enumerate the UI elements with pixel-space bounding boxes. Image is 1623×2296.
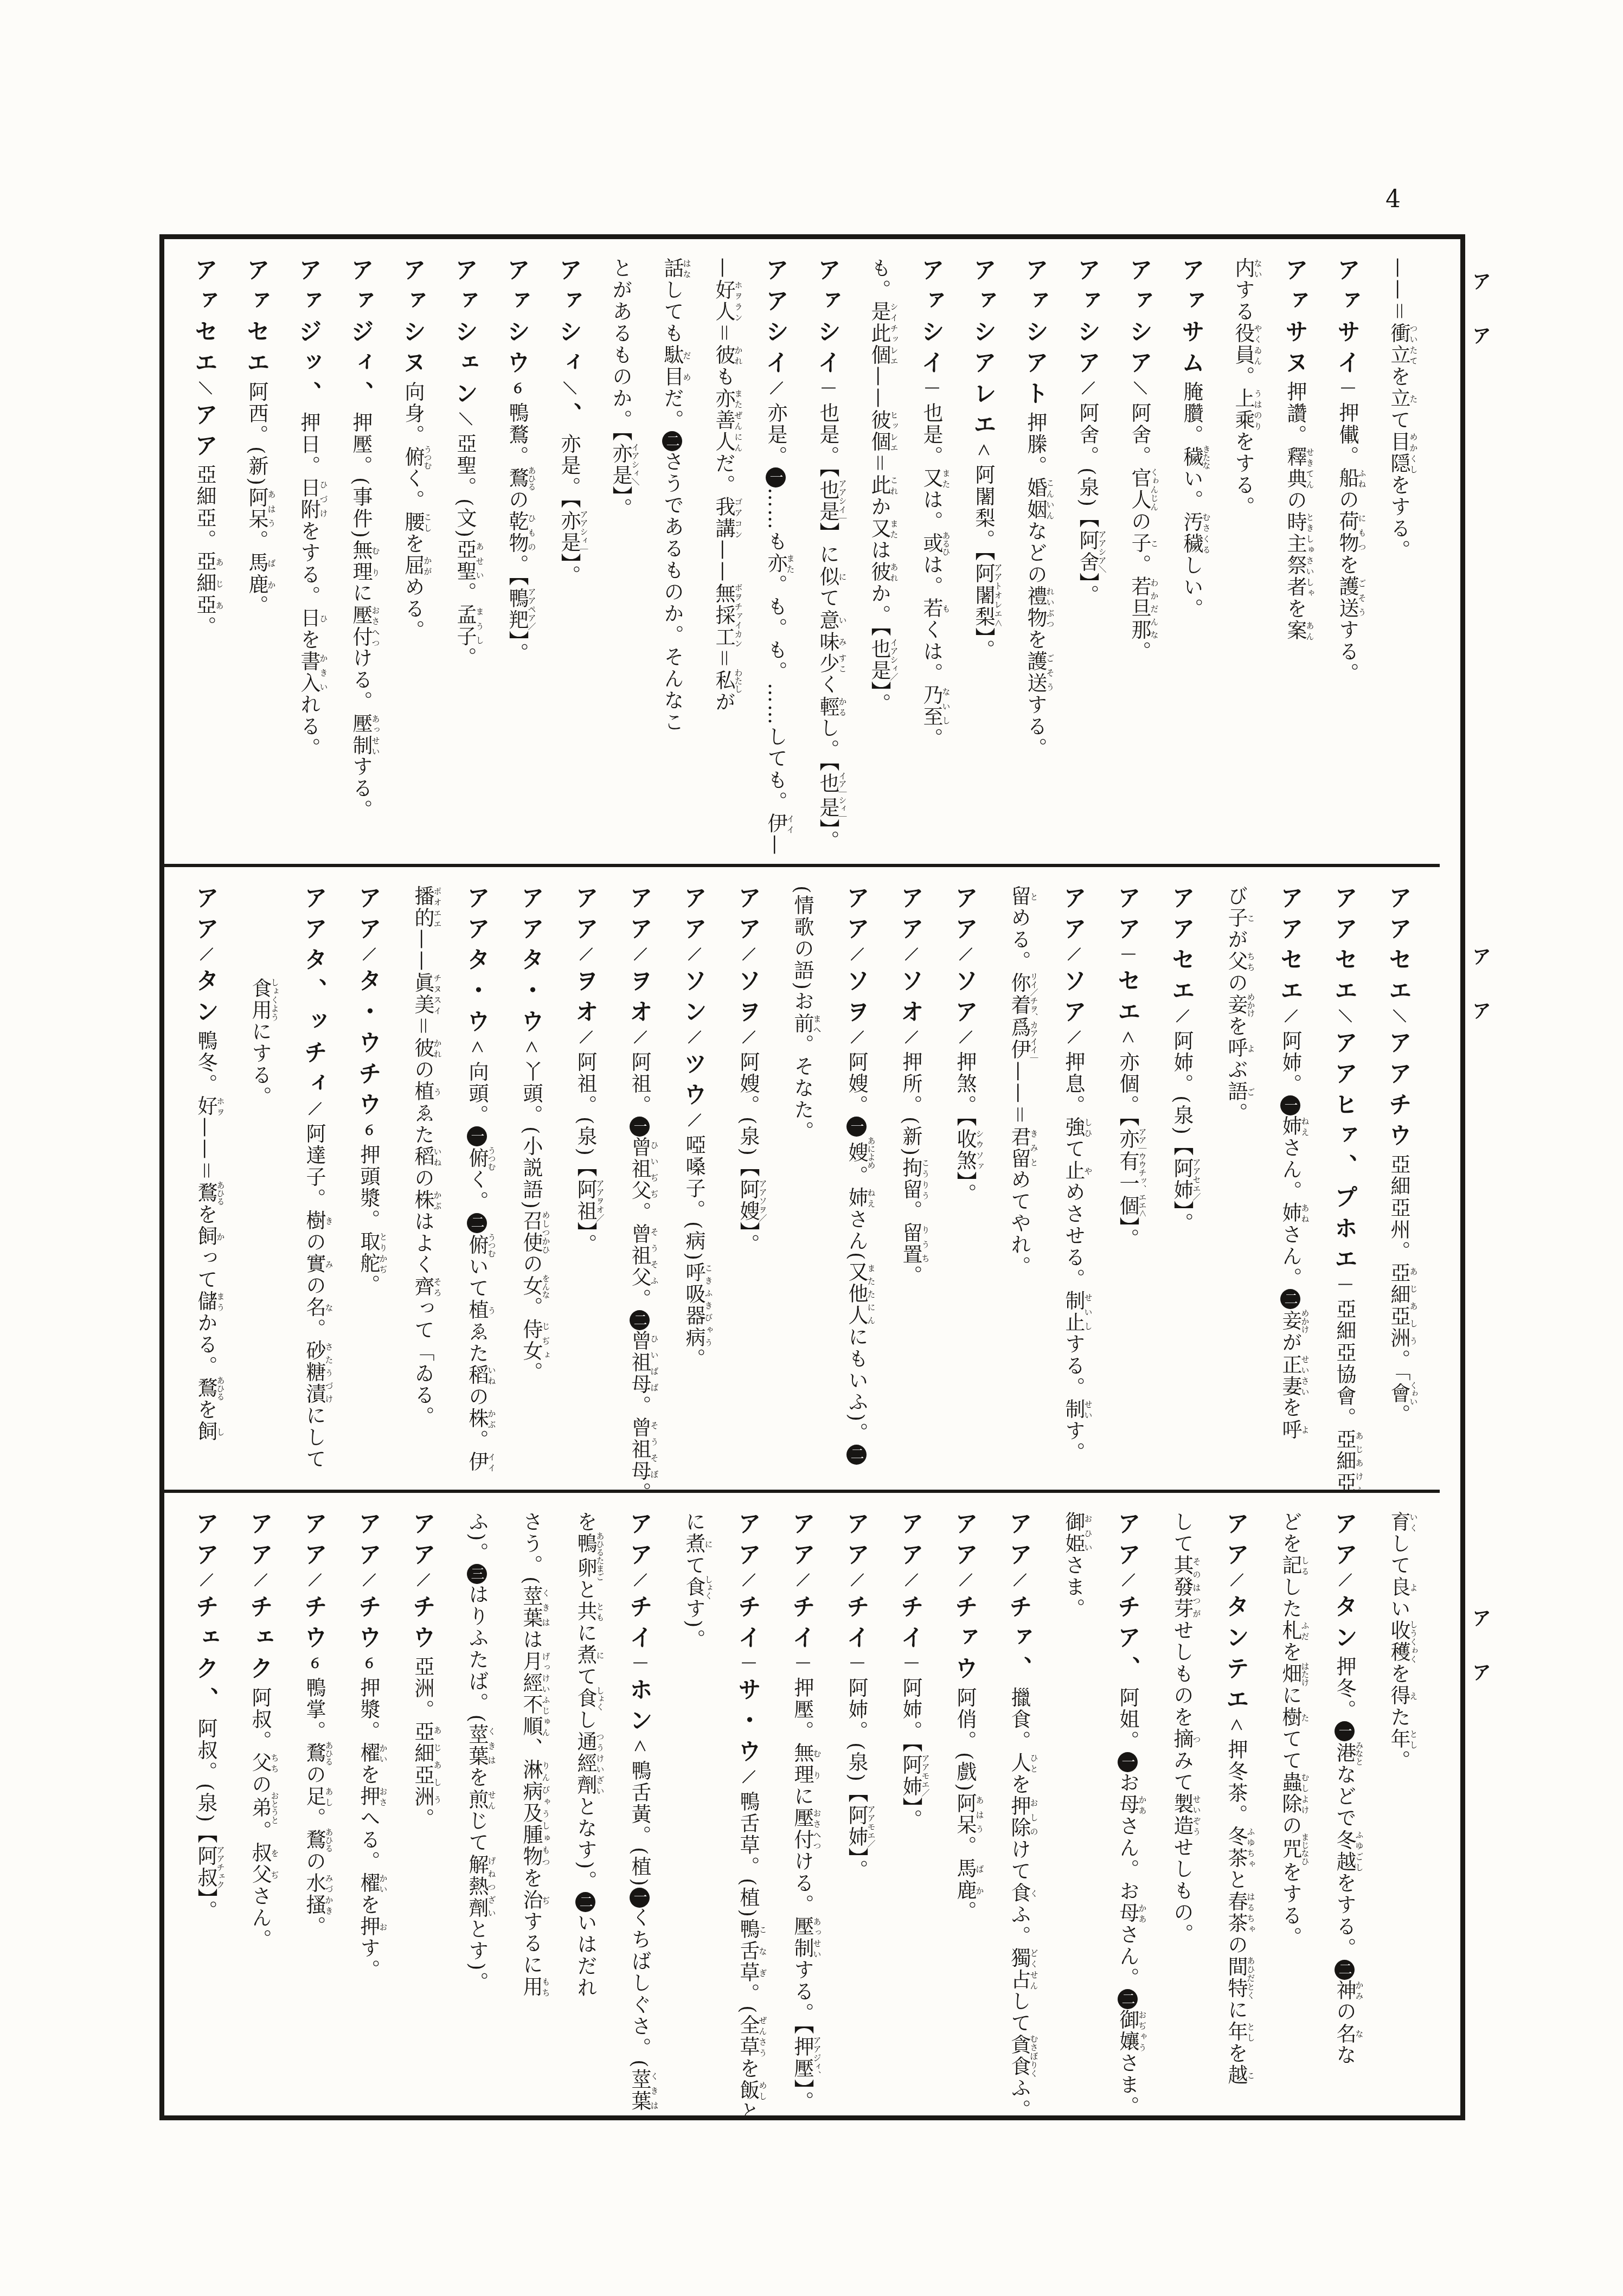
- headword: アア／チェク、: [192, 1511, 219, 1718]
- band-1: ——＝衝立ついたてを立たて目隠めかくしをする。アァサイ｜押儎。船ふねの荷物にもつ…: [164, 239, 1439, 864]
- tone-mark: ／: [252, 1573, 268, 1594]
- tone-mark: ／: [198, 1573, 214, 1594]
- entry-column: アア／ソヲ／阿嫂。一嫂あによめ。姉ねえさん(又他人またたにんにもいふ)。二: [829, 886, 883, 1474]
- definition: 丫頭。(小説語)召使めしつかひの女をんな。侍女じぢょ。: [519, 1061, 543, 1384]
- definition: —好人ホヲラン＝彼かれも亦善人またぜんにんだ。我講ゴアコン——無採工ボヲチァイカ…: [712, 258, 735, 713]
- entry-column: アア／チウ亞洲。亞細亞洲あじあしう。: [395, 1511, 450, 2100]
- dictionary-page: 4 ——＝衝立ついたてを立たて目隠めかくしをする。アァサイ｜押儎。船ふねの荷物に…: [0, 0, 1623, 2296]
- definition: 阿嫂。(泉)【阿嫂アアソヲ／】。: [736, 1051, 760, 1255]
- entry-column: アア／チイ｜阿姉。【阿姉アアモエ／】。: [883, 1511, 938, 2100]
- ruby-term: 也是イアシィ／: [868, 638, 891, 682]
- tone-mark: ＜: [632, 1739, 647, 1760]
- circled-number: 一: [630, 1117, 650, 1137]
- definition: 阿西。(新)阿呆あはう。馬鹿ばか。: [245, 381, 268, 617]
- tone-mark: ｜: [740, 1656, 756, 1677]
- ruby-term: 解熱劑げねつざい: [465, 1854, 489, 1919]
- definition: 亞細亞。亞細亞あじあ。: [193, 464, 216, 638]
- circled-number: 三: [467, 1564, 487, 1584]
- headword: アァシア＼: [1126, 258, 1153, 402]
- entry-column: アア／ソア／押煞。【收煞シウソァ】。: [938, 886, 992, 1474]
- continuation-column: 内ないする役員やくゐん。上乘うはのりをする。: [1217, 258, 1269, 849]
- tone-mark: ｜: [1339, 381, 1355, 402]
- tone-mark: ／: [578, 947, 593, 969]
- entry-column: アァセエ＼アア亞細亞。亞細亞あじあ。: [178, 258, 230, 849]
- headword: アァシイ｜: [814, 258, 841, 402]
- ruby-term: 似に: [816, 566, 839, 588]
- entry-column: アァシィ＼、亦是。【亦是アアシィ｜】。: [543, 258, 595, 849]
- entry-column: アア／ヲオ／阿祖。(泉)【阿祖アアヲオ／】。: [558, 886, 612, 1474]
- ruby-term: 伊イイ: [465, 1451, 489, 1473]
- ruby-term: 蟲除むしよけ: [1279, 1772, 1302, 1815]
- ruby-term: 治ぢ: [519, 1889, 543, 1911]
- ruby-term: 彼かれ: [712, 344, 735, 366]
- tone-mark: ＜: [469, 1040, 485, 1061]
- tone-mark: ｜: [903, 1656, 919, 1677]
- entry-column: アァシイ｜也是。又または。或あるひは。若もくは。乃至ないし。: [905, 258, 957, 849]
- ruby-term: 少すこ: [816, 653, 839, 675]
- ruby-term: 鶩あひる: [194, 1377, 217, 1399]
- circled-number: 二: [1280, 1289, 1300, 1309]
- definition: 阿叔。父ちちの弟おとうと。叔父をぢさん。: [248, 1687, 272, 1951]
- headword: アアタ、ッチィ／: [300, 886, 328, 1123]
- headword: アア／タンテエ＜: [1222, 1511, 1249, 1739]
- continuation-column: どを記しるした札ふだを畑はたけに樹たてて蟲除むしよけの咒まじなひをする。: [1263, 1511, 1317, 2100]
- ruby-term: 冬茶ふゆちゃ: [1224, 1826, 1248, 1869]
- tone-mark: ／: [578, 1030, 593, 1051]
- entry-column: アァシヌ向身。俯うつむく。腰こしを屈かがめる。: [387, 258, 439, 849]
- ruby-term: 若も: [920, 598, 943, 619]
- ruby-term: 食しょく: [682, 1576, 705, 1598]
- continuation-column: 御姫おひいさま。: [1046, 1511, 1100, 2100]
- ruby-term: 植う: [411, 1081, 434, 1102]
- tone-mark: ｜: [820, 381, 836, 402]
- definition: 鴨鶩。鶩あひるの乾物ひもの。【鴨羓アアペア／】。: [505, 402, 529, 664]
- tone-mark: ／: [198, 947, 214, 969]
- ruby-term: 鶩あひる: [303, 1742, 326, 1764]
- ruby-term: 飯めし: [736, 2080, 760, 2101]
- ruby-term: 摘つ: [1170, 1728, 1194, 1750]
- headword: アアセエ＼アアヒァ、プホエ｜: [1331, 886, 1358, 1299]
- ruby-term: 目隠めかくし: [1387, 431, 1410, 474]
- ruby-term: 亦是イアシィ＼: [609, 443, 632, 486]
- circled-number: 一: [467, 1126, 487, 1146]
- margin-guide-band-3: アア: [1466, 1608, 1494, 1716]
- ruby-term: 正妻せいさい: [1279, 1354, 1302, 1397]
- definition: を鴨卵あひるたまごと共ともに煮にて食しょくし通經劑つうけいざいとなす)。二いはだ…: [574, 1511, 597, 1999]
- ruby-term: 全草ぜんさう: [736, 2015, 760, 2058]
- ruby-term: 亞細亞洲あじあしう: [411, 1721, 434, 1808]
- circled-number: 一: [1280, 1095, 1300, 1115]
- definition: 阿姉。【阿姉アアモエ／】。: [899, 1677, 922, 1831]
- ruby-term: 母かあ: [1116, 1902, 1139, 1924]
- ruby-term: 乃至ないし: [920, 684, 943, 728]
- headword: アア／ヲオ／: [572, 886, 599, 1051]
- ruby-term: 曾祖母ひいばば: [628, 1330, 651, 1395]
- definition: 亞洲。亞細亞洲あじあしう。: [411, 1656, 434, 1830]
- headword: アア／チァ、: [1005, 1511, 1032, 1687]
- ruby-term: 無採工ボヲチァイカン: [712, 583, 735, 648]
- ruby-term: 彼あれ: [868, 561, 891, 583]
- ruby-term: 強しひ: [1062, 1117, 1085, 1138]
- entry-column: アァシアレエ＜阿闍梨。【阿闍梨アアトオレエ＜】。: [957, 258, 1009, 849]
- headword: アア／チイ｜: [897, 1511, 924, 1677]
- ruby-term: 樹き: [303, 1210, 326, 1232]
- ruby-term: 你着爲伊リイ／チヲ、カアイイ｜: [1008, 972, 1031, 1061]
- tone-mark: ／: [1011, 1573, 1027, 1594]
- page-number: 4: [1385, 185, 1402, 213]
- entry-column: アアセエ／阿姉。一姉ねえさん。姉あねさん。二妾めかけが正妻せいさいを呼よ: [1263, 886, 1317, 1474]
- headword: アア／チア、: [1114, 1511, 1141, 1687]
- tone-mark: ／: [768, 381, 784, 402]
- ruby-term: 記しる: [1279, 1555, 1302, 1576]
- definition: 也是。【也是アアシイ｜】に似にて意味いみ少すこく輕かるし。【也是イア｜シィ｜】。: [816, 402, 839, 852]
- headword: アア／タン: [1331, 1511, 1358, 1656]
- headword: アァシア／: [1074, 258, 1101, 402]
- ruby-term: 莖葉くきは: [519, 1586, 543, 1629]
- definition: 育いくして良よい收穫しうくゎくを得えた年とし。: [1387, 1511, 1410, 1772]
- ruby-term: 拘留こうりう: [899, 1157, 922, 1201]
- ruby-term: 是此個シイチッレエ: [868, 301, 891, 366]
- ruby-term: 也是イア｜シィ｜: [816, 773, 839, 819]
- definition: 亦是。一……も亦また。も。も。……しても。伊イイ—: [764, 402, 787, 856]
- tone-mark: ／: [1282, 1009, 1298, 1030]
- tone-mark: ／: [957, 947, 973, 969]
- ruby-term: 煎せん: [465, 1789, 489, 1811]
- ruby-term: 亦また: [764, 553, 787, 574]
- headword: アァサイ｜: [1333, 258, 1361, 402]
- ruby-term: 船ふね: [1336, 467, 1359, 489]
- ruby-term: 乾物ひもの: [505, 511, 529, 554]
- ruby-term: 得え: [1387, 1685, 1410, 1707]
- ruby-term: 畑はたけ: [1279, 1663, 1302, 1685]
- definition: 啞嗓子。(病)呼吸器病こきふきびゃう。: [682, 1134, 705, 1370]
- tone-mark: ｜: [1120, 947, 1136, 969]
- definition: 阿舍。(泉)【阿舍アアシア＼】。: [1076, 402, 1099, 606]
- tone-mark: ／: [1066, 947, 1081, 969]
- ruby-term: 穢きたな: [1180, 446, 1203, 468]
- continuation-column: して其發芽そのはつがせしものを摘つみて製造せいぞうせしもの。: [1154, 1511, 1209, 2100]
- definition: 阿俏。(戲)阿呆あはう。馬鹿ばか。: [953, 1687, 977, 1923]
- ruby-term: 話はな: [660, 258, 684, 279]
- ruby-term: 收穫しうくゎく: [1387, 1620, 1410, 1663]
- headword: アァシィ＼、: [555, 258, 582, 433]
- ruby-term: 足あし: [303, 1786, 326, 1807]
- ruby-term: 案あん: [1284, 620, 1307, 642]
- ruby-term: 官人くゎんじん: [1128, 467, 1151, 511]
- ruby-term: 呼よ: [1224, 1037, 1248, 1059]
- entry-column: アア／タ・ウチウ６押頭漿。取舵とりかぢ。: [341, 886, 395, 1474]
- ruby-term: 押おさ: [357, 1786, 380, 1807]
- ruby-term: 通經劑つうけいざい: [574, 1731, 597, 1796]
- ruby-term: 制止せいし: [1062, 1290, 1085, 1333]
- definition: (情歌の語)お前まへ。そなた。: [791, 886, 814, 1143]
- headword: アア／チウ６: [300, 1511, 328, 1677]
- ruby-term: 日ひ: [297, 607, 320, 629]
- definition: 向頭。一俯うつむく。二俯うつむいて植うゑた稻いねの株かぶ。伊イイ: [465, 1061, 489, 1473]
- definition: 内ないする役員やくゐん。上乘うはのりをする。: [1231, 258, 1255, 518]
- definition: さう。(莖葉くきはは月經不順げっけいふじゅん、淋病及腫物りんびゃうしゅもつを治ぢ…: [519, 1511, 543, 1998]
- entry-column: アァセエ阿西。(新)阿呆あはう。馬鹿ばか。: [230, 258, 283, 849]
- content-frame: ——＝衝立ついたてを立たて目隠めかくしをする。アァサイ｜押儎。船ふねの荷物にもつ…: [159, 234, 1465, 2120]
- tone-mark: ／: [306, 1573, 322, 1594]
- ruby-term: 曾祖父ひいぢぢ: [628, 1137, 651, 1202]
- ruby-term: 衝立ついたて: [1387, 323, 1410, 366]
- ruby-term: 櫂かい: [357, 1742, 380, 1764]
- ruby-term: 好人ホヲラン: [712, 279, 735, 323]
- ruby-term: 前まへ: [791, 1013, 814, 1035]
- ruby-term: 越こ: [1224, 2064, 1248, 2086]
- ruby-term: 或あるひ: [920, 533, 943, 554]
- ruby-term: 護送ごそう: [1336, 576, 1359, 619]
- ruby-term: 彼かれ: [411, 1037, 434, 1059]
- entry-column: アア／チェク、阿叔。(泉)【阿叔アアチェク】。: [178, 1511, 233, 2100]
- entry-column: アア／チイ｜押壓。無理むりに壓付おさへつける。壓制あっせいする。【押壓アアジィ、…: [775, 1511, 829, 2100]
- entry-column: アアセエ／阿姉。(泉)【阿姉アアセエ／】。: [1154, 886, 1209, 1474]
- definition: どを記しるした札ふだを畑はたけに樹たてて蟲除むしよけの咒まじなひをする。: [1279, 1511, 1302, 1948]
- ruby-term: 阿呆あはう: [953, 1793, 977, 1836]
- ruby-term: 煮に: [682, 1533, 705, 1555]
- definition: 鴨掌。鶩あひるの足あし。鶩あひるの水搔みづかき。: [303, 1677, 326, 1938]
- entry-column: アア／チウ６鴨掌。鶩あひるの足あし。鶩あひるの水搔みづかき。: [287, 1511, 341, 2100]
- definition: に煮にて食しょくす)。: [682, 1511, 705, 1651]
- headword: アア／ソオ／: [897, 886, 924, 1051]
- tone-mark: ／: [957, 1573, 973, 1594]
- ruby-term: 釋典せきてん: [1284, 446, 1307, 490]
- ruby-term: 間特あひだとく: [1224, 1956, 1248, 1999]
- entry-column: アアタ・ウ＜丫頭。(小説語)召使めしつかひの女をんな。侍女じぢょ。: [504, 886, 558, 1474]
- ruby-term: 齊そろ: [411, 1276, 434, 1298]
- tone-mark: ６: [361, 1656, 376, 1677]
- ruby-term: 食用しょくよう: [248, 978, 272, 1021]
- continuation-column: 留とめる。你着爲伊リイ／チヲ、カアイイ｜——＝君留きみとめてやれ。: [992, 886, 1046, 1474]
- headword: アアシイ／: [762, 258, 789, 402]
- ruby-term: 稻いね: [411, 1146, 434, 1168]
- headword: アア／チイ｜ホン＜: [626, 1511, 653, 1760]
- definition: 阿嫂。一嫂あによめ。姉ねえさん(又他人またたにんにもいふ)。二: [845, 1051, 868, 1465]
- entry-column: アァシウ６鴨鶩。鶩あひるの乾物ひもの。【鴨羓アアペア／】。: [491, 258, 543, 849]
- ruby-term: 也是アアシイ｜: [816, 479, 839, 523]
- definition: も。是此個シイチッレエ——彼個ヒッレエ＝此これか又または彼あれか。【也是イアシィ…: [868, 258, 891, 715]
- ruby-term: 食く: [1008, 1882, 1031, 1904]
- tone-mark: ／: [1228, 1573, 1244, 1594]
- definition: 話はなしても駄目だめだ。二さうであるものか。そんなこ: [660, 258, 684, 733]
- ruby-term: 主祭者しゅさいしゃ: [1284, 533, 1307, 598]
- definition: 阿祖。一曾祖父ひいぢぢ。曾祖父そうそふ。二曾祖母ひいばば。曾祖母そうそぼ。: [628, 1051, 651, 1490]
- definition: 留とめる。你着爲伊リイ／チヲ、カアイイ｜——＝君留きみとめてやれ。: [1008, 886, 1031, 1278]
- ruby-term: 櫂かい: [357, 1872, 380, 1894]
- ruby-term: 用もち: [519, 1976, 543, 1998]
- entry-column: アァシェン＼亞聖。(文)亞聖あせい。孟子まうし。: [439, 258, 491, 849]
- continuation-column: 播的ポオエエ——眞美チヌスイ＝彼かれの植うゑた稻いねの株かぶはよく齊そろって「ゐ…: [395, 886, 450, 1474]
- headword: アァセエ＼アア: [191, 258, 218, 464]
- tone-mark: ／: [415, 1573, 431, 1594]
- definition: 阿舍。官人くゎんじんの子こ。若旦那わかだんな。: [1128, 402, 1151, 663]
- entry-column: アア／チァ、擸食。人ひとを押除おしのけて食くふ。獨占どくせんして貪食むさぼりくふ…: [992, 1511, 1046, 2100]
- ruby-term: 播的ポオエエ: [411, 886, 434, 929]
- ruby-term: 俯うつむ: [465, 1146, 489, 1170]
- entry-column: アァサヌ押讚。釋典せきてんの時とき主祭者しゅさいしゃを案あん: [1269, 258, 1321, 849]
- ruby-term: 孟子まうし: [453, 604, 477, 647]
- headword: アァシイ｜: [918, 258, 945, 402]
- headword: アァシアト: [1022, 258, 1049, 412]
- entry-column: アァシア＼阿舍。官人くゎんじんの子こ。若旦那わかだんな。: [1113, 258, 1165, 849]
- tone-mark: ／: [849, 1030, 864, 1051]
- definition: 押壓。(事件)無理むりに壓付おさへつける。壓制あっせいする。: [349, 412, 373, 822]
- definition: 播的ポオエエ——眞美チヌスイ＝彼かれの植うゑた稻いねの株かぶはよく齊そろって「ゐ…: [411, 886, 434, 1428]
- tone-mark: ／: [740, 1573, 756, 1594]
- headword: アアタ・ウ＜: [517, 886, 544, 1061]
- entry-column: アアシイ／亦是。一……も亦また。も。も。……しても。伊イイ—: [749, 258, 801, 849]
- ruby-term: 御孃おぢゃう: [1116, 2009, 1139, 2053]
- headword: アア／チウ: [409, 1511, 436, 1656]
- ruby-term: 水搔みづかき: [303, 1872, 326, 1916]
- ruby-term: 阿姉アアモエ／: [845, 1805, 868, 1848]
- ruby-term: 飼か: [194, 1226, 217, 1247]
- ruby-term: 護送ごそう: [1024, 651, 1047, 694]
- entry-column: アア／ソオ／押所。(新)拘留こうりう。留置りうち。: [883, 886, 938, 1474]
- margin-guide-band-2: アア: [1466, 946, 1494, 1055]
- ruby-term: 役員やくゐん: [1231, 323, 1255, 366]
- headword: アアセエ／: [1168, 886, 1195, 1030]
- ruby-term: 子こ: [1128, 533, 1151, 554]
- ruby-term: 嫂あによめ: [845, 1137, 868, 1165]
- definition: 押日。日附ひづけをする。日ひを書入かきいれる。: [297, 412, 320, 759]
- entry-column: アア／ヲオ／阿祖。一曾祖父ひいぢぢ。曾祖父そうそふ。二曾祖母ひいばば。曾祖母そう…: [612, 886, 666, 1474]
- ruby-term: 子こ: [1224, 907, 1248, 929]
- ruby-term: 鴨卵あひるたまご: [574, 1533, 597, 1579]
- tone-mark: ／: [306, 1102, 322, 1123]
- definition: 阿達子。樹きの實みの名な。砂糖漬さたうづけにして: [303, 1123, 326, 1470]
- entry-column: アア｜セエ＜亦個。【亦有一個アア｜ウウチッ、エエ＜】。: [1100, 886, 1154, 1474]
- ruby-term: 馬鹿ばか: [245, 552, 268, 595]
- ruby-term: 妾めかけ: [1279, 1309, 1302, 1332]
- ruby-term: 姉あね: [1279, 1202, 1302, 1224]
- ruby-term: 伊イイ: [764, 813, 787, 835]
- tone-mark: ＜: [1228, 1718, 1244, 1739]
- ruby-term: 阿姉アアセエ／: [1170, 1158, 1194, 1201]
- headword: アア／チイ｜サ・ウ／: [734, 1511, 761, 1791]
- ruby-term: 阿舍アアシア＼: [1076, 530, 1099, 573]
- headword: アア／チイ｜: [843, 1511, 870, 1677]
- continuation-column: —好人ホヲラン＝彼かれも亦善人またぜんにんだ。我講ゴアコン——無採工ボヲチァイカ…: [698, 258, 749, 849]
- ruby-term: 莖葉くきは: [465, 1724, 489, 1767]
- headword: アアセエ＼アアチウ: [1385, 886, 1412, 1154]
- continuation-column: 話はなしても駄目だめだ。二さうであるものか。そんなこ: [646, 258, 698, 849]
- ruby-term: 收煞シウソァ: [953, 1128, 977, 1172]
- tone-mark: ＼: [457, 412, 473, 433]
- ruby-term: 阿闍梨アアトオレエ＜: [972, 563, 995, 628]
- entry-column: アァジッ、押日。日附ひづけをする。日ひを書入かきいれる。: [283, 258, 335, 849]
- tone-mark: ／: [1120, 1573, 1136, 1594]
- tone-mark: ｜: [794, 1656, 810, 1677]
- continuation-column: 育いくして良よい收穫しうくゎくを得えた年とし。: [1371, 1511, 1426, 2100]
- ruby-term: 曾祖父そうそふ: [628, 1223, 651, 1288]
- ruby-term: 取舵とりかぢ: [357, 1231, 380, 1274]
- ruby-term: 貪食むさぼりく: [1008, 2034, 1031, 2077]
- continuation-column: ——＝衝立ついたてを立たて目隠めかくしをする。: [1373, 258, 1425, 849]
- tone-mark: ／: [903, 947, 919, 969]
- ruby-term: 飼し: [194, 1421, 217, 1442]
- entry-column: アア／チウ６押漿。櫂かいを押おさへる。櫂かいを押おす。: [341, 1511, 395, 2100]
- definition: 押所。(新)拘留こうりう。留置りうち。: [899, 1051, 922, 1287]
- headword: アアセエ／: [1276, 886, 1304, 1030]
- tone-mark: ／: [632, 947, 647, 969]
- definition: 亞聖。(文)亞聖あせい。孟子まうし。: [453, 433, 477, 669]
- ruby-term: 父ちち: [248, 1752, 272, 1774]
- ruby-term: 亞聖あせい: [453, 539, 477, 582]
- entry-column: アァサム腌臢。穢きたない。汚穢むさくるしい。: [1165, 258, 1217, 849]
- ruby-term: 御姫おひい: [1062, 1511, 1085, 1555]
- headword: アア／チェク: [246, 1511, 273, 1687]
- headword: アア／チイ｜: [788, 1511, 816, 1677]
- ruby-term: 阿姉アアモエ／: [899, 1754, 922, 1798]
- circled-number: 一: [846, 1117, 867, 1137]
- tone-mark: ／: [740, 947, 756, 969]
- definition: 押息。強しひて止やめさせる。制止せいしする。制せいす。: [1062, 1051, 1085, 1464]
- headword: アァシェン＼: [451, 258, 478, 433]
- ruby-term: 又また: [868, 518, 891, 540]
- ruby-term: 食しょく: [574, 1688, 597, 1709]
- tone-mark: ＼: [1132, 381, 1147, 402]
- headword: アア／タ・ウチウ６: [355, 886, 382, 1144]
- ruby-term: 侍女じぢょ: [519, 1319, 543, 1362]
- entry-column: アア／チイ｜ホン＜鴨舌黃。(植)一くちばしぐさ。(莖葉くきは: [612, 1511, 666, 2100]
- tone-mark: ｜: [923, 381, 939, 402]
- definition: 御姫おひいさま。: [1062, 1511, 1085, 1620]
- tone-mark: ＜: [523, 1040, 539, 1061]
- continuation-column: 食用しょくようにする。: [233, 886, 287, 1490]
- ruby-term: 月經不順げっけいふじゅん: [519, 1651, 543, 1737]
- tone-mark: ／: [361, 1573, 376, 1594]
- ruby-term: 人ひと: [1008, 1752, 1031, 1774]
- circled-number: 一: [1335, 1721, 1355, 1741]
- headword: アァシヌ: [399, 258, 426, 381]
- band-3: 育いくして良よい收穫しうくゎくを得えた年とし。アア／タン押冬。一港みなとなどで冬…: [164, 1490, 1440, 2115]
- tone-mark: ＜: [1120, 1030, 1136, 1051]
- ruby-term: 樹た: [1279, 1707, 1302, 1728]
- definition: とがあるものか。【亦是イアシィ＼】。: [609, 258, 632, 520]
- headword: アァサヌ: [1281, 258, 1308, 381]
- circled-number: 二: [1118, 1989, 1138, 2009]
- ruby-term: 制せい: [1062, 1399, 1085, 1420]
- definition: ——＝衝立ついたてを立たて目隠めかくしをする。: [1387, 258, 1410, 561]
- tone-mark: ／: [903, 1030, 919, 1051]
- circled-number: 二: [662, 431, 682, 451]
- circled-number: 二: [575, 1892, 595, 1912]
- tone-mark: ６: [306, 1656, 322, 1677]
- tone-mark: ６: [361, 1123, 376, 1144]
- ruby-term: 婚姻こんいん: [1024, 477, 1047, 521]
- ruby-term: 意味いみ: [816, 610, 839, 653]
- ruby-term: 私わたし: [712, 670, 735, 691]
- tone-mark: ／: [686, 947, 702, 969]
- continuation-column: とがあるものか。【亦是イアシィ＼】。: [595, 258, 646, 849]
- definition: 押榺。婚姻こんいんなどの禮物れいぶつを護送ごそうする。: [1024, 412, 1047, 759]
- headword: アァサム: [1178, 258, 1205, 381]
- definition: ふ)。三はりふたば。(莖葉くきはを煎せんじて解熱劑げねつざいとす)。: [465, 1511, 489, 1993]
- tone-mark: ＼: [1391, 1009, 1407, 1030]
- ruby-term: 荷物にもつ: [1336, 511, 1359, 554]
- entry-column: アア／チイ｜サ・ウ／鴨舌草。(植)鴨舌草こなぎ。(全草ぜんさうを飯めしと共とも: [721, 1511, 775, 2100]
- ruby-term: 又また: [920, 467, 943, 489]
- ruby-term: 弟おとうと: [248, 1795, 272, 1820]
- tone-mark: ＜: [976, 443, 991, 464]
- entry-column: アア／チァウ阿俏。(戲)阿呆あはう。馬鹿ばか。: [938, 1511, 992, 2100]
- definition: 押冬茶。冬茶ふゆちゃと春茶はるちゃの間特あひだとくに年としを越こ: [1224, 1739, 1248, 2086]
- tone-mark: ／: [1174, 1009, 1190, 1030]
- tone-mark: ／: [686, 1113, 702, 1134]
- ruby-term: 彼個ヒッレエ: [868, 409, 891, 453]
